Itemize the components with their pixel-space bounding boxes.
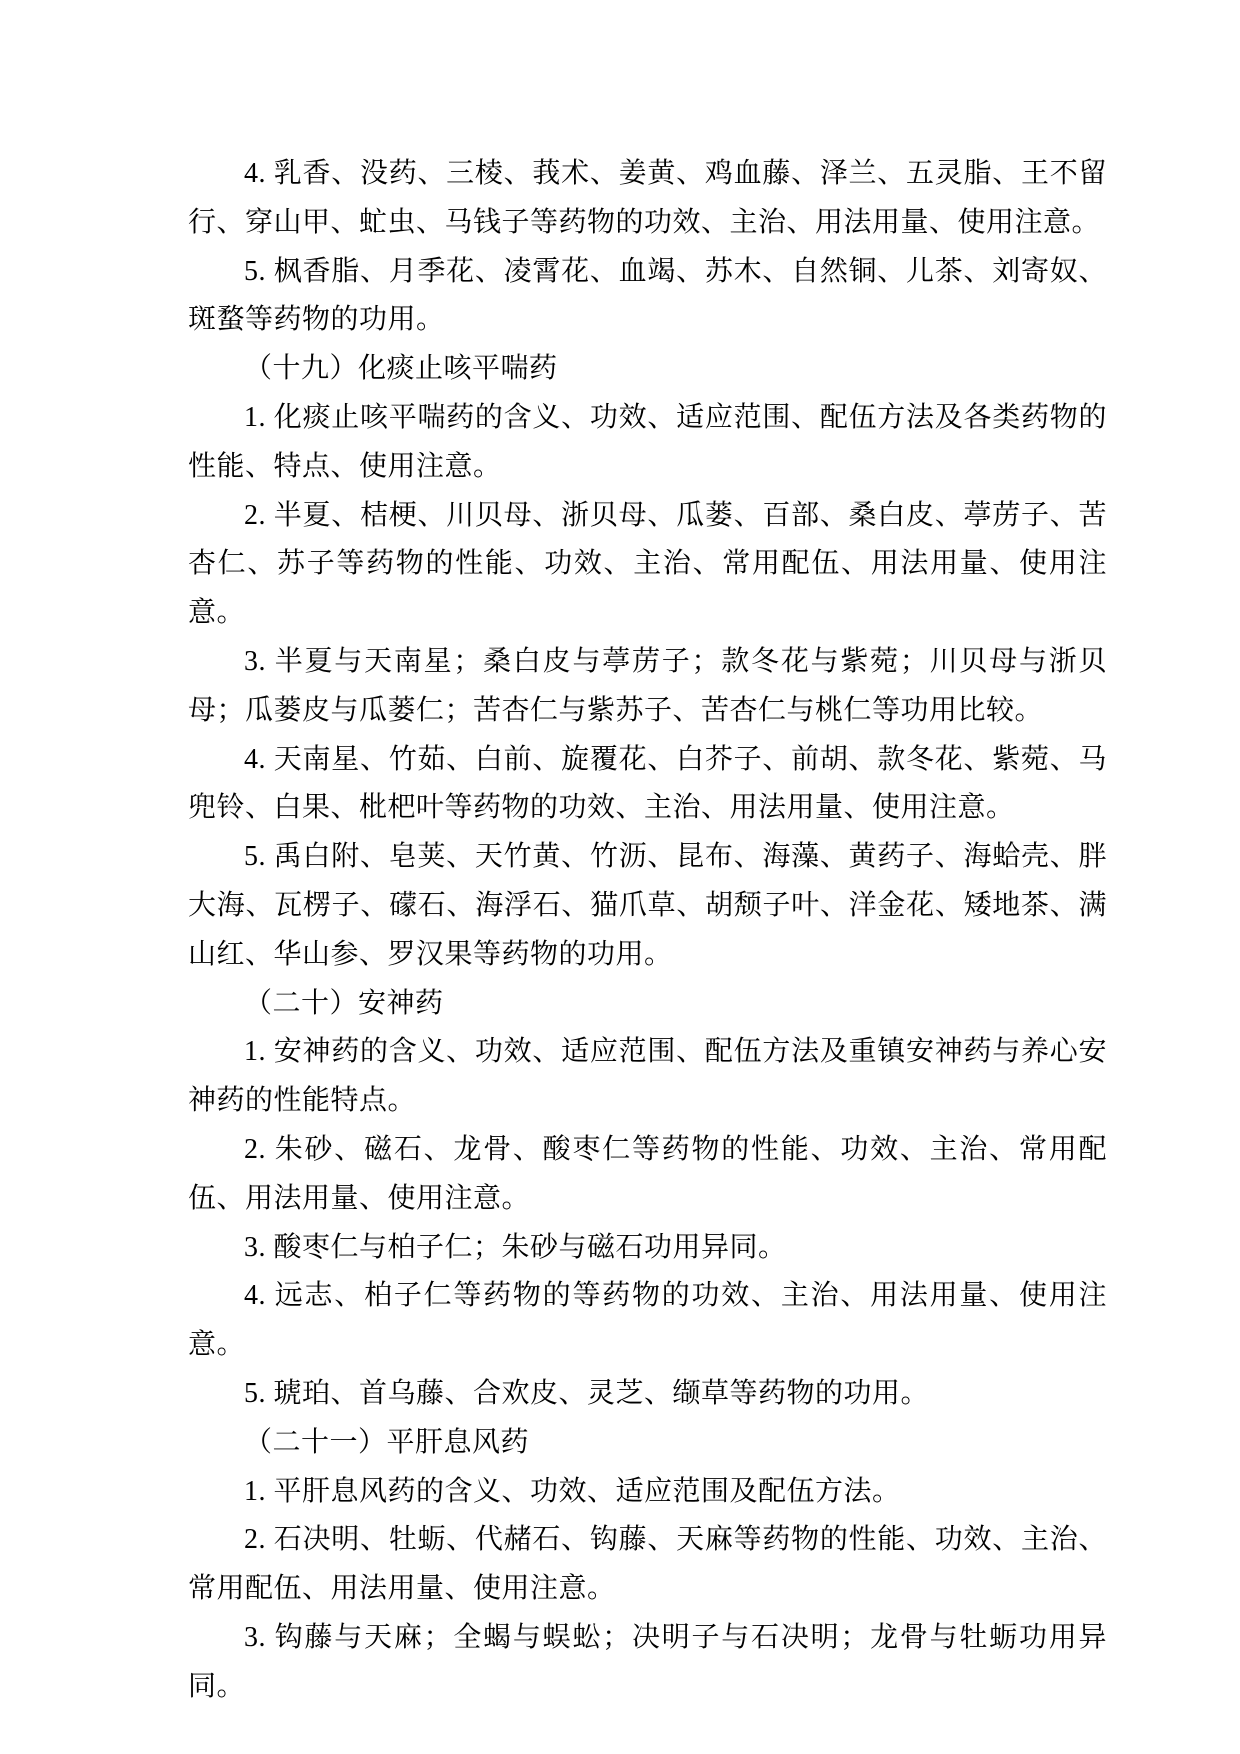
list-item: 5. 枫香脂、月季花、凌霄花、血竭、苏木、自然铜、儿茶、刘寄奴、斑蝥等药物的功用…	[188, 248, 1107, 346]
document-text-block: 4. 乳香、没药、三棱、莪术、姜黄、鸡血藤、泽兰、五灵脂、王不留行、穿山甲、虻虫…	[188, 150, 1107, 1712]
list-item: 5. 禹白附、皂荚、天竹黄、竹沥、昆布、海藻、黄药子、海蛤壳、胖大海、瓦楞子、礞…	[188, 833, 1107, 979]
list-item: 5. 琥珀、首乌藤、合欢皮、灵芝、缬草等药物的功用。	[188, 1370, 1107, 1419]
list-item: 2. 朱砂、磁石、龙骨、酸枣仁等药物的性能、功效、主治、常用配伍、用法用量、使用…	[188, 1126, 1107, 1224]
list-item: 4. 天南星、竹茹、白前、旋覆花、白芥子、前胡、款冬花、紫菀、马兜铃、白果、枇杷…	[188, 736, 1107, 834]
list-item: 3. 钩藤与天麻；全蝎与蜈蚣；决明子与石决明；龙骨与牡蛎功用异同。	[188, 1614, 1107, 1712]
list-item: 1. 化痰止咳平喘药的含义、功效、适应范围、配伍方法及各类药物的性能、特点、使用…	[188, 394, 1107, 492]
list-item: 4. 远志、柏子仁等药物的等药物的功效、主治、用法用量、使用注意。	[188, 1272, 1107, 1370]
section-heading: （十九）化痰止咳平喘药	[188, 345, 1107, 394]
list-item: 2. 石决明、牡蛎、代赭石、钩藤、天麻等药物的性能、功效、主治、常用配伍、用法用…	[188, 1516, 1107, 1614]
section-heading: （二十一）平肝息风药	[188, 1419, 1107, 1468]
list-item: 2. 半夏、桔梗、川贝母、浙贝母、瓜蒌、百部、桑白皮、葶苈子、苦杏仁、苏子等药物…	[188, 492, 1107, 638]
document-page: 4. 乳香、没药、三棱、莪术、姜黄、鸡血藤、泽兰、五灵脂、王不留行、穿山甲、虻虫…	[0, 0, 1240, 1754]
list-item: 1. 平肝息风药的含义、功效、适应范围及配伍方法。	[188, 1468, 1107, 1517]
list-item: 3. 酸枣仁与柏子仁；朱砂与磁石功用异同。	[188, 1224, 1107, 1273]
list-item: 3. 半夏与天南星；桑白皮与葶苈子；款冬花与紫菀；川贝母与浙贝母；瓜蒌皮与瓜蒌仁…	[188, 638, 1107, 736]
section-heading: （二十）安神药	[188, 980, 1107, 1029]
list-item: 4. 乳香、没药、三棱、莪术、姜黄、鸡血藤、泽兰、五灵脂、王不留行、穿山甲、虻虫…	[188, 150, 1107, 248]
list-item: 1. 安神药的含义、功效、适应范围、配伍方法及重镇安神药与养心安神药的性能特点。	[188, 1028, 1107, 1126]
